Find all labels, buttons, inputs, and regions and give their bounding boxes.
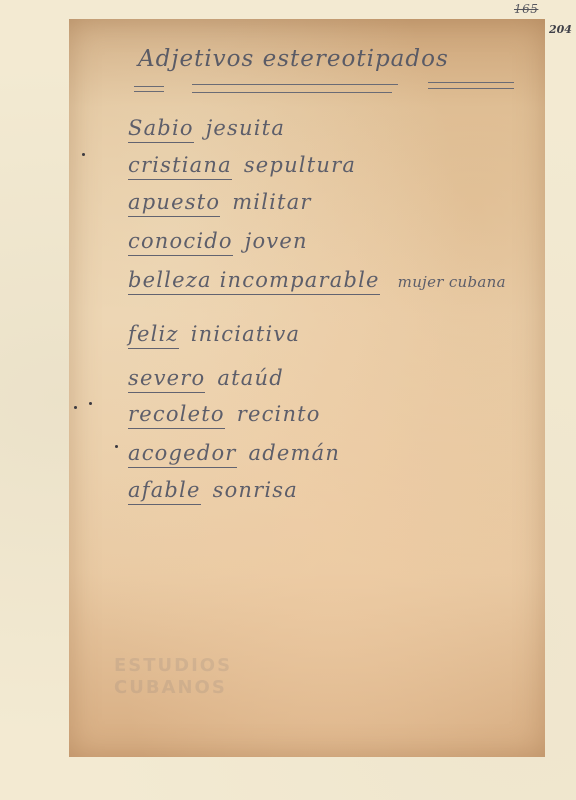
entry-row: acogedorademán — [128, 441, 340, 468]
entry-row: recoletorecinto — [128, 402, 321, 429]
ink-speck — [89, 402, 92, 405]
entry-noun: sonrisa — [213, 478, 298, 502]
title-underline-4 — [192, 92, 392, 93]
entry-noun: recinto — [237, 402, 321, 426]
entry-noun: joven — [245, 229, 308, 253]
entry-adjective: recoleto — [128, 402, 225, 429]
title-underline-2 — [134, 91, 164, 92]
entry-noun: mujer cubana — [398, 273, 506, 291]
entry-row: Sabiojesuita — [128, 116, 285, 143]
entry-noun: militar — [232, 190, 311, 214]
entry-noun: iniciativa — [191, 322, 301, 346]
entry-row: afablesonrisa — [128, 478, 298, 505]
struck-folio-number: 165 — [514, 2, 538, 16]
entry-adjective: feliz — [128, 322, 179, 349]
entry-adjective: belleza incomparable — [128, 268, 380, 295]
entry-noun: jesuita — [206, 116, 285, 140]
title-underline-5 — [428, 82, 514, 83]
entry-adjective: Sabio — [128, 116, 194, 143]
entry-noun: ademán — [249, 441, 341, 465]
manuscript-title: Adjetivos estereotipados — [138, 46, 449, 72]
title-underline-3 — [192, 84, 398, 85]
entry-adjective: cristiana — [128, 153, 232, 180]
ink-speck — [82, 153, 85, 156]
title-underline-6 — [428, 88, 514, 89]
entry-row: cristianasepultura — [128, 153, 356, 180]
faded-library-stamp: ESTUDIOS CUBANOS — [114, 655, 232, 699]
entry-row: belleza incomparablemujer cubana — [128, 268, 506, 295]
ink-speck — [115, 445, 118, 448]
ink-speck — [74, 406, 77, 409]
title-underline-1 — [134, 86, 164, 87]
stamp-line-2: CUBANOS — [114, 677, 232, 699]
entry-row: conocidojoven — [128, 229, 308, 256]
stamp-line-1: ESTUDIOS — [114, 655, 232, 677]
entry-row: feliziniciativa — [128, 322, 300, 349]
entry-adjective: conocido — [128, 229, 233, 256]
entry-adjective: afable — [128, 478, 201, 505]
entry-row: severoataúd — [128, 366, 284, 393]
entry-row: apuestomilitar — [128, 190, 312, 217]
folio-number: 204 — [549, 23, 572, 36]
entry-adjective: acogedor — [128, 441, 237, 468]
entry-adjective: apuesto — [128, 190, 220, 217]
entry-adjective: severo — [128, 366, 205, 393]
entry-noun: ataúd — [217, 366, 283, 390]
entry-noun: sepultura — [244, 153, 356, 177]
